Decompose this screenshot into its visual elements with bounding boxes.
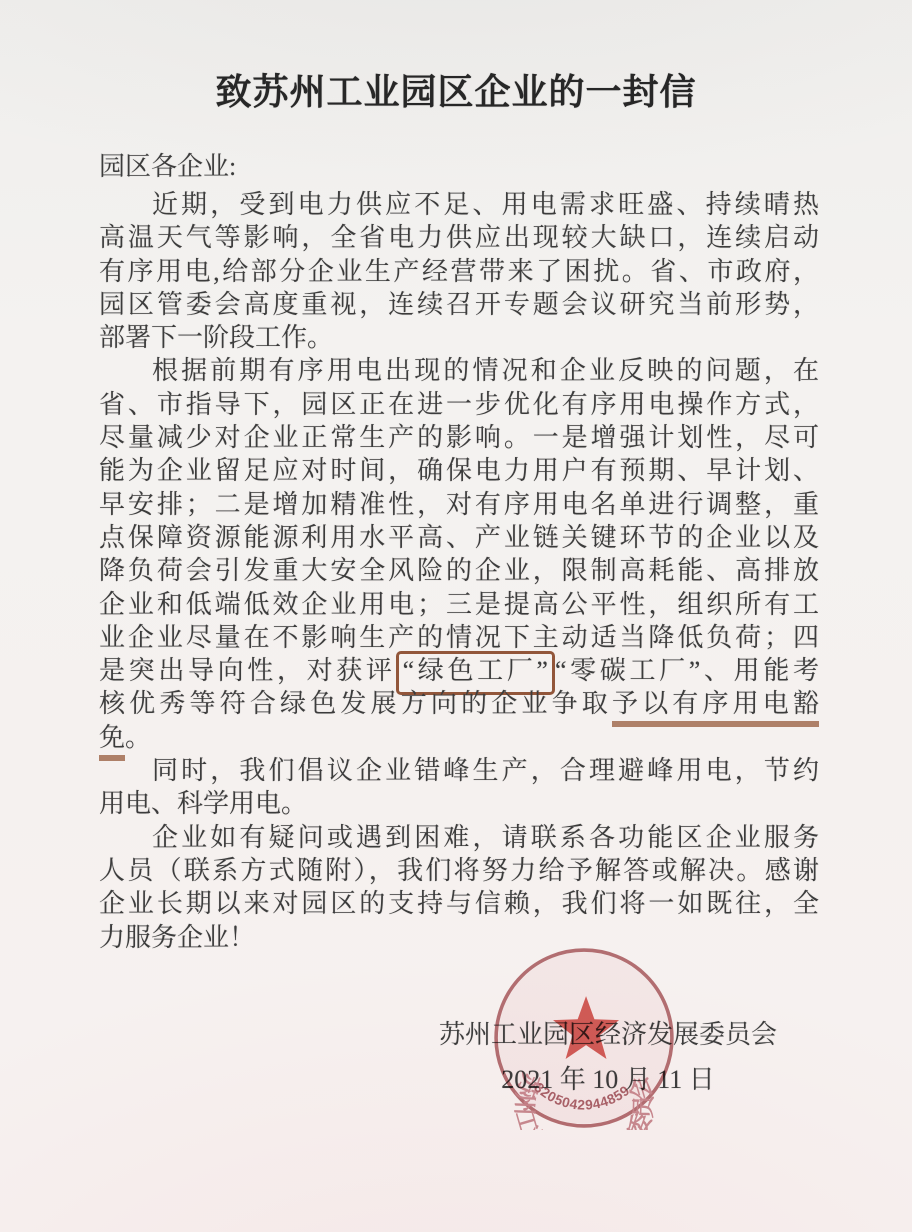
body-text-segment: 力服务企业！ [99,923,255,952]
body-text-segment: 部署下一阶段工作。 [99,323,333,352]
body-line: 早安排；二是增加精准性，对有序用电名单进行调整，重 [99,488,819,521]
body-text-segment: 园区管委会高度重视，连续召开专题会议研究当前形势， [99,290,819,319]
body-text-segment: 尽量减少对企业正常生产的影响。一是增强计划性，尽可 [99,423,819,452]
body-line: 核优秀等符合绿色发展方向的企业争取予以有序用电豁 [99,687,819,720]
letter-page: 致苏州工业园区企业的一封信 园区各企业: 近期，受到电力供应不足、用电需求旺盛、… [0,0,912,1232]
letter-title: 致苏州工业园区企业的一封信 [0,64,912,115]
official-seal: 苏州工业园区经济发展委员会 3205042944859 [492,946,676,1130]
salutation: 园区各企业: [99,146,236,183]
body-line: 根据前期有序用电出现的情况和企业反映的问题，在 [99,354,819,387]
letter-body: 近期，受到电力供应不足、用电需求旺盛、持续晴热高温天气等影响，全省电力供应出现较… [99,188,819,954]
body-text-segment: 同时，我们倡议企业错峰生产，合理避峰用电，节约 [152,756,819,785]
body-line: 能为企业留足应对时间，确保电力用户有预期、早计划、 [99,454,819,487]
body-line: 省、市指导下，园区正在进一步优化有序用电操作方式， [99,388,819,421]
body-text-segment: 能为企业留足应对时间，确保电力用户有预期、早计划、 [99,456,819,485]
handdrawn-underline-annotation: 予以有序用电豁 [612,689,819,727]
body-text-segment: “零碳工厂”、用能考 [555,656,819,685]
body-text-segment: 点保障资源能源利用水平高、产业链关键环节的企业以及 [99,523,819,552]
body-text-segment: 核优秀等符合绿色发展方向的企业争取 [99,689,612,718]
body-text-segment: 早安排；二是增加精准性，对有序用电名单进行调整，重 [99,490,819,519]
body-text-segment: 人员（联系方式随附），我们将努力给予解答或解决。感谢 [99,856,819,885]
body-text-segment: 企业如有疑问或遇到困难，请联系各功能区企业服务 [152,823,819,852]
body-text-segment: 高温天气等影响，全省电力供应出现较大缺口，连续启动 [99,223,819,252]
body-line: 人员（联系方式随附），我们将努力给予解答或解决。感谢 [99,854,819,887]
body-line: 用电、科学用电。 [99,787,819,820]
body-text-segment: 。 [125,723,151,752]
body-text-segment: 省、市指导下，园区正在进一步优化有序用电操作方式， [99,390,819,419]
body-line: 降负荷会引发重大安全风险的企业，限制高耗能、高排放 [99,554,819,587]
body-line: 点保障资源能源利用水平高、产业链关键环节的企业以及 [99,521,819,554]
body-line: 力服务企业！ [99,921,819,954]
body-line: 企业如有疑问或遇到困难，请联系各功能区企业服务 [99,821,819,854]
body-line: 同时，我们倡议企业错峰生产，合理避峰用电，节约 [99,754,819,787]
body-text-segment: 是突出导向性，对获评 [99,656,396,685]
body-text-segment: 有序用电,给部分企业生产经营带来了困扰。省、市政府， [99,257,819,286]
body-text-segment: 根据前期有序用电出现的情况和企业反映的问题，在 [152,356,819,385]
handdrawn-underline-annotation: 免 [99,723,125,761]
body-line: 近期，受到电力供应不足、用电需求旺盛、持续晴热 [99,188,819,221]
body-text-segment: 企业长期以来对园区的支持与信赖，我们将一如既往，全 [99,889,819,918]
body-line: 高温天气等影响，全省电力供应出现较大缺口，连续启动 [99,221,819,254]
body-line: 业企业尽量在不影响生产的情况下主动适当降低负荷；四 [99,621,819,654]
body-text-segment: 企业和低端低效企业用电；三是提高公平性，组织所有工 [99,590,819,619]
body-text-segment: 近期，受到电力供应不足、用电需求旺盛、持续晴热 [152,190,819,219]
body-line: 企业长期以来对园区的支持与信赖，我们将一如既往，全 [99,887,819,920]
body-text-segment: 降负荷会引发重大安全风险的企业，限制高耗能、高排放 [99,556,819,585]
body-line: 部署下一阶段工作。 [99,321,819,354]
official-seal-graphic: 苏州工业园区经济发展委员会 3205042944859 [492,946,676,1130]
body-line: 园区管委会高度重视，连续召开专题会议研究当前形势， [99,288,819,321]
body-line: 是突出导向性，对获评“绿色工厂”“零碳工厂”、用能考 [99,654,819,687]
body-line: 有序用电,给部分企业生产经营带来了困扰。省、市政府， [99,255,819,288]
body-text-segment: 业企业尽量在不影响生产的情况下主动适当降低负荷；四 [99,623,819,652]
body-line: 企业和低端低效企业用电；三是提高公平性，组织所有工 [99,588,819,621]
body-text-segment: 用电、科学用电。 [99,789,307,818]
body-line: 尽量减少对企业正常生产的影响。一是增强计划性，尽可 [99,421,819,454]
